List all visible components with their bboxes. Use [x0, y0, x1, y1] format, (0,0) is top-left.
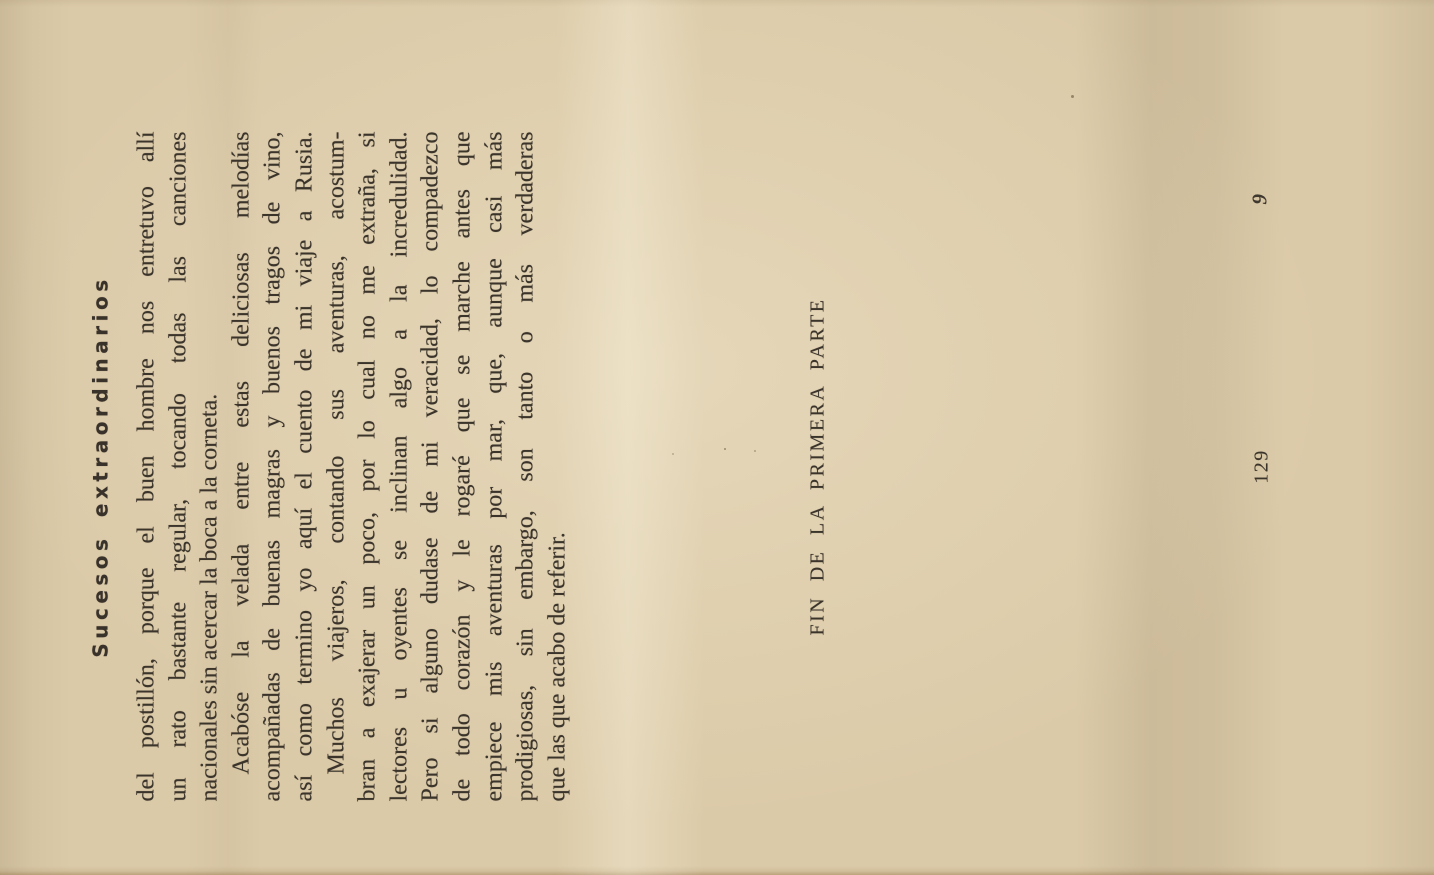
body-line: que las que acabo de referir.	[542, 131, 574, 801]
part-end-label: FIN DE LA PRIMERA PARTE	[806, 131, 829, 801]
book-page-scan: Sucesos extraordinarios del postillón, p…	[0, 0, 1434, 875]
body-line: empiece mis aventuras por mar, que, aunq…	[479, 131, 511, 801]
running-head: Sucesos extraordinarios	[88, 131, 112, 801]
body-line: acompañadas de buenas magras y buenos tr…	[257, 131, 289, 801]
body-line: de todo corazón y le rogaré que se march…	[447, 131, 479, 801]
body-line: un rato bastante regular, tocando todas …	[163, 131, 195, 801]
body-line: Muchos viajeros, contando sus aventuras,…	[321, 131, 353, 801]
body-line: lectores u oyentes se inclinan algo a la…	[384, 131, 416, 801]
page-number: 129	[1250, 131, 1273, 801]
paper-speck	[754, 450, 756, 452]
page-content: Sucesos extraordinarios del postillón, p…	[0, 0, 1434, 875]
body-line: Acabóse la velada entre estas deliciosas…	[226, 131, 258, 801]
signature-mark: 9	[1247, 194, 1272, 205]
body-line: prodigiosas, sin embargo, son tanto o má…	[510, 131, 542, 801]
body-line: bran a exajerar un poco, por lo cual no …	[352, 131, 384, 801]
body-line: así como termino yo aquí el cuento de mi…	[289, 131, 321, 801]
body-line: nacionales sin acercar la boca a la corn…	[194, 131, 226, 801]
paper-speck	[1071, 95, 1074, 98]
body-line: Pero si alguno dudase de mi veracidad, l…	[415, 131, 447, 801]
paper-speck	[672, 453, 674, 455]
body-line: del postillón, porque el buen hombre nos…	[131, 131, 163, 801]
body-text: del postillón, porque el buen hombre nos…	[131, 131, 573, 801]
paper-speck	[724, 448, 726, 450]
